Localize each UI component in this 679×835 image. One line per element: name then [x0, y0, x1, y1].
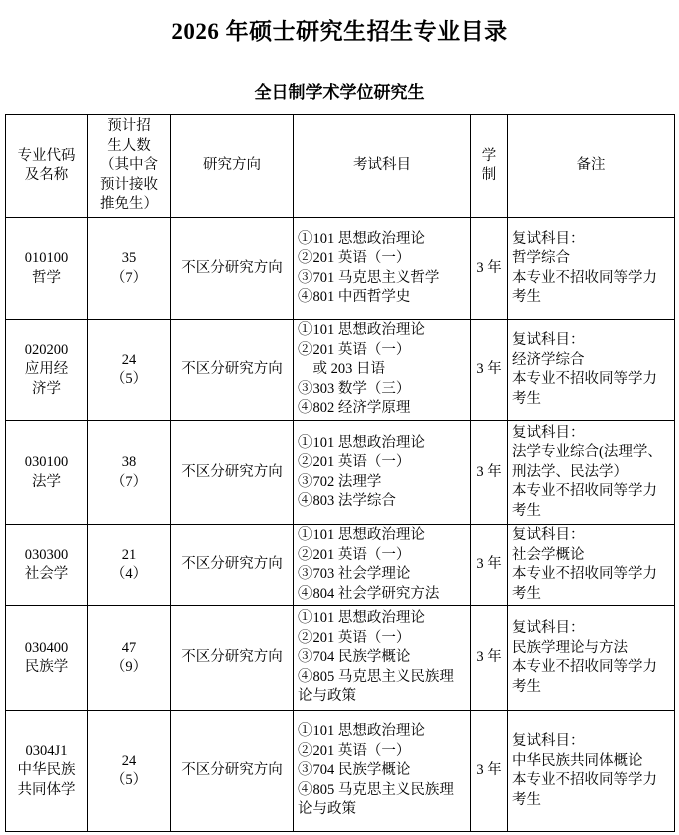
- table-row: 030400 民族学47 （9）不区分研究方向①101 思想政治理论 ②201 …: [6, 606, 675, 711]
- header-exam-subjects: 考试科目: [294, 115, 471, 218]
- header-remarks: 备注: [508, 115, 675, 218]
- direction-cell: 不区分研究方向: [171, 218, 294, 320]
- code-name-cell: 0304J1 中华民族 共同体学: [6, 711, 88, 832]
- enrollment-cell: 24 （5）: [88, 320, 171, 421]
- enrollment-cell: 38 （7）: [88, 421, 171, 525]
- header-code-name: 专业代码 及名称: [6, 115, 88, 218]
- duration-cell: 3 年: [471, 320, 508, 421]
- header-duration: 学 制: [471, 115, 508, 218]
- page-title: 2026 年硕士研究生招生专业目录: [0, 13, 679, 46]
- enrollment-cell: 24 （5）: [88, 711, 171, 832]
- remarks-cell: 复试科目： 中华民族共同体概论 本专业不招收同等学力 考生: [508, 711, 675, 832]
- code-name-cell: 030100 法学: [6, 421, 88, 525]
- table-row: 010100 哲学35 （7）不区分研究方向①101 思想政治理论 ②201 英…: [6, 218, 675, 320]
- subjects-cell: ①101 思想政治理论 ②201 英语（一） ③703 社会学理论 ④804 社…: [294, 525, 471, 606]
- table-header-row: 专业代码 及名称 预计招 生人数 （其中含 预计接收 推免生） 研究方向 考试科…: [6, 115, 675, 218]
- table-row: 030300 社会学21 （4）不区分研究方向①101 思想政治理论 ②201 …: [6, 525, 675, 606]
- code-name-cell: 010100 哲学: [6, 218, 88, 320]
- page-subtitle: 全日制学术学位研究生: [0, 78, 679, 103]
- code-name-cell: 030300 社会学: [6, 525, 88, 606]
- direction-cell: 不区分研究方向: [171, 711, 294, 832]
- enrollment-cell: 47 （9）: [88, 606, 171, 711]
- duration-cell: 3 年: [471, 421, 508, 525]
- subjects-cell: ①101 思想政治理论 ②201 英语（一） ③704 民族学概论 ④805 马…: [294, 711, 471, 832]
- document-page: 2026 年硕士研究生招生专业目录 全日制学术学位研究生 专业代码 及名称 预计…: [0, 0, 679, 835]
- duration-cell: 3 年: [471, 525, 508, 606]
- remarks-cell: 复试科目： 社会学概论 本专业不招收同等学力 考生: [508, 525, 675, 606]
- direction-cell: 不区分研究方向: [171, 421, 294, 525]
- code-name-cell: 030400 民族学: [6, 606, 88, 711]
- subjects-cell: ①101 思想政治理论 ②201 英语（一） ③701 马克思主义哲学 ④801…: [294, 218, 471, 320]
- duration-cell: 3 年: [471, 218, 508, 320]
- direction-cell: 不区分研究方向: [171, 525, 294, 606]
- header-enrollment: 预计招 生人数 （其中含 预计接收 推免生）: [88, 115, 171, 218]
- subjects-cell: ①101 思想政治理论 ②201 英语（一） 或 203 日语 ③303 数学（…: [294, 320, 471, 421]
- enrollment-cell: 35 （7）: [88, 218, 171, 320]
- direction-cell: 不区分研究方向: [171, 320, 294, 421]
- remarks-cell: 复试科目： 哲学综合 本专业不招收同等学力 考生: [508, 218, 675, 320]
- remarks-cell: 复试科目： 民族学理论与方法 本专业不招收同等学力 考生: [508, 606, 675, 711]
- duration-cell: 3 年: [471, 711, 508, 832]
- subjects-cell: ①101 思想政治理论 ②201 英语（一） ③704 民族学概论 ④805 马…: [294, 606, 471, 711]
- direction-cell: 不区分研究方向: [171, 606, 294, 711]
- duration-cell: 3 年: [471, 606, 508, 711]
- remarks-cell: 复试科目： 经济学综合 本专业不招收同等学力 考生: [508, 320, 675, 421]
- table-row: 020200 应用经 济学24 （5）不区分研究方向①101 思想政治理论 ②2…: [6, 320, 675, 421]
- admission-catalog-table: 专业代码 及名称 预计招 生人数 （其中含 预计接收 推免生） 研究方向 考试科…: [5, 114, 675, 832]
- code-name-cell: 020200 应用经 济学: [6, 320, 88, 421]
- remarks-cell: 复试科目： 法学专业综合(法理学、 刑法学、民法学） 本专业不招收同等学力 考生: [508, 421, 675, 525]
- enrollment-cell: 21 （4）: [88, 525, 171, 606]
- table-row: 030100 法学38 （7）不区分研究方向①101 思想政治理论 ②201 英…: [6, 421, 675, 525]
- header-research-direction: 研究方向: [171, 115, 294, 218]
- subjects-cell: ①101 思想政治理论 ②201 英语（一） ③702 法理学 ④803 法学综…: [294, 421, 471, 525]
- table-row: 0304J1 中华民族 共同体学24 （5）不区分研究方向①101 思想政治理论…: [6, 711, 675, 832]
